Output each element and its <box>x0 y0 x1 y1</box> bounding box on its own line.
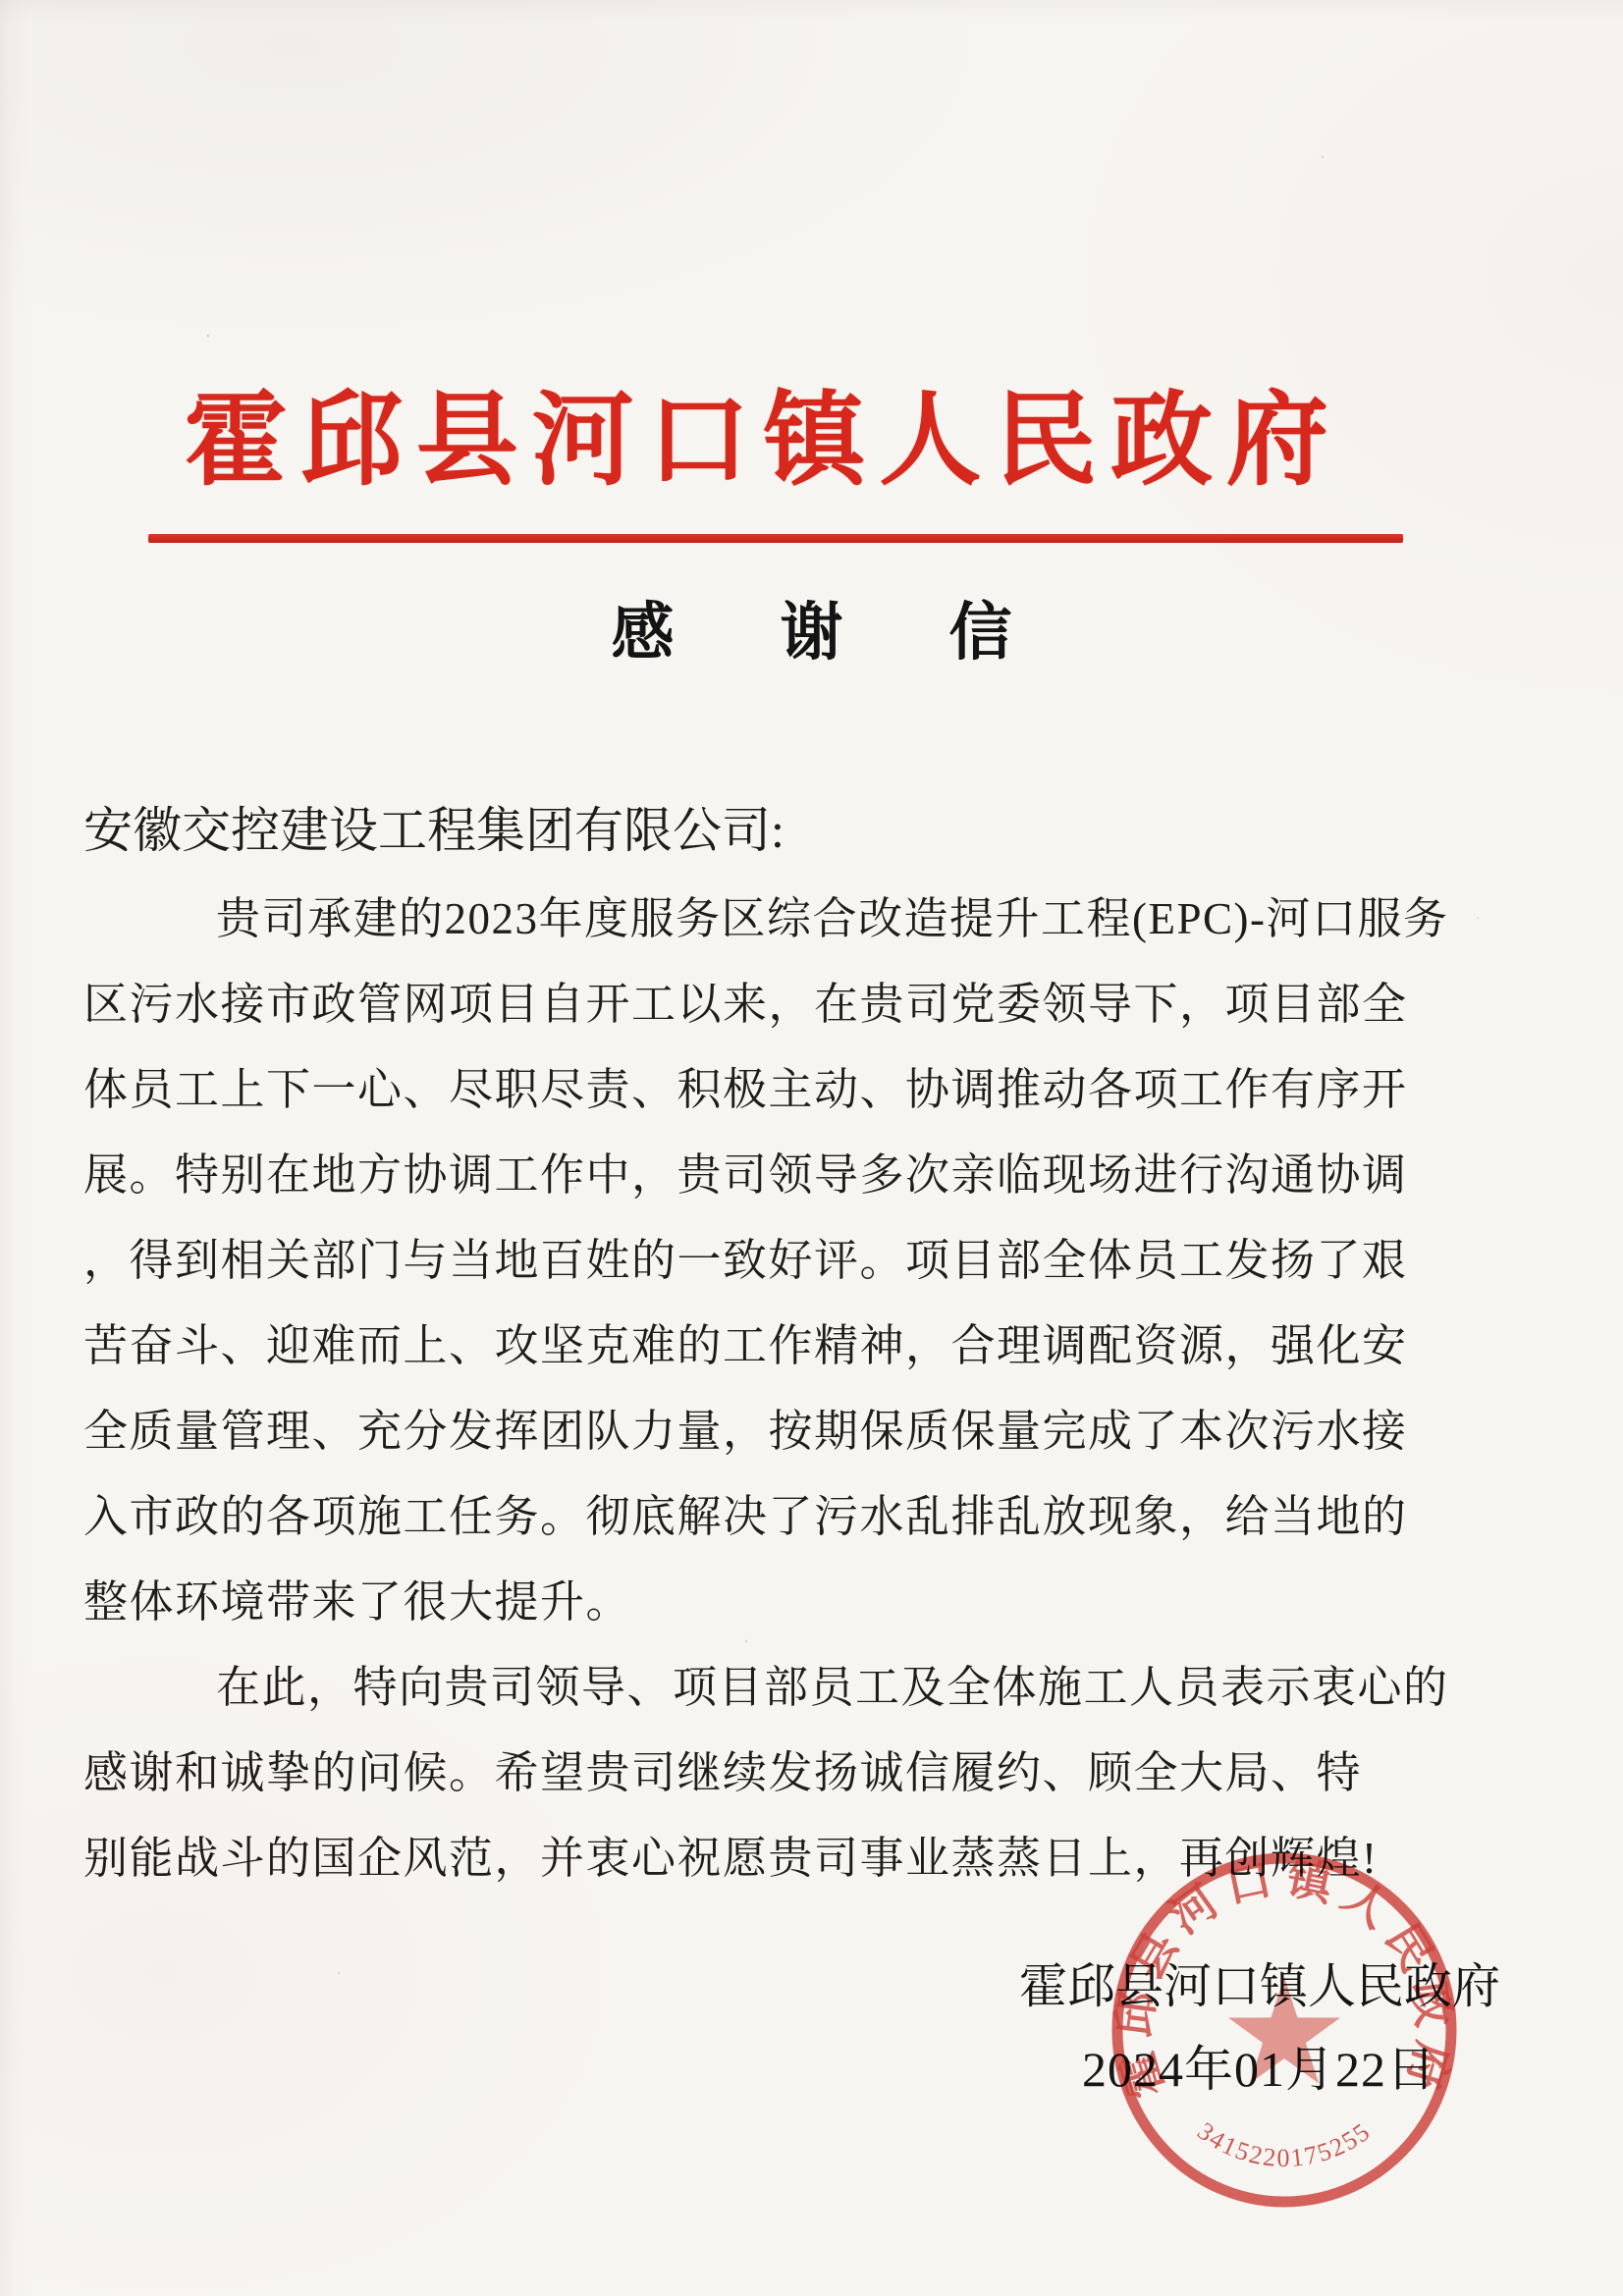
para1-line: 苦奋斗、迎难而上、攻坚克难的工作精神，合理调配资源，强化安 <box>83 1304 1458 1389</box>
seal-number: 3415220175255 <box>1192 2116 1376 2172</box>
letterhead-title: 霍邱县河口镇人民政府 <box>185 385 1328 499</box>
salutation: 安徽交控建设工程集团有限公司: <box>83 801 1458 860</box>
para1-line: ，得到相关部门与当地百姓的一致好评。项目部全体员工发扬了艰 <box>83 1218 1458 1304</box>
letter-body: 贵司承建的2023年度服务区综合改造提升工程(EPC)-河口服务 区污水接市政管… <box>83 877 1458 1901</box>
para2-line: 感谢和诚挚的问候。希望贵司继续发扬诚信履约、顾全大局、特 <box>83 1731 1458 1816</box>
para1-line: 整体环境带来了很大提升。 <box>83 1560 1458 1645</box>
para2-line: 在此，特向贵司领导、项目部员工及全体施工人员表示衷心的 <box>83 1645 1458 1731</box>
para1-line: 展。特别在地方协调工作中，贵司领导多次亲临现场进行沟通协调 <box>83 1133 1458 1218</box>
para1-line: 贵司承建的2023年度服务区综合改造提升工程(EPC)-河口服务 <box>83 877 1458 962</box>
seal-star-icon <box>1228 1977 1340 2084</box>
letterhead-divider <box>148 534 1403 543</box>
official-seal: 霍邱县河口镇人民政府 3415220175255 <box>1106 1847 1467 2220</box>
para1-line: 全质量管理、充分发挥团队力量，按期保质保量完成了本次污水接 <box>83 1389 1458 1474</box>
scanned-letter-page: 霍邱县河口镇人民政府 感 谢 信 安徽交控建设工程集团有限公司: 贵司承建的20… <box>0 0 1623 2296</box>
para1-line: 体员工上下一心、尽职尽责、积极主动、协调推动各项工作有序开 <box>83 1047 1458 1133</box>
para1-line: 区污水接市政管网项目自开工以来，在贵司党委领导下，项目部全 <box>83 962 1458 1047</box>
para1-line: 入市政的各项施工任务。彻底解决了污水乱排乱放现象，给当地的 <box>83 1474 1458 1560</box>
letter-title: 感 谢 信 <box>0 599 1623 667</box>
